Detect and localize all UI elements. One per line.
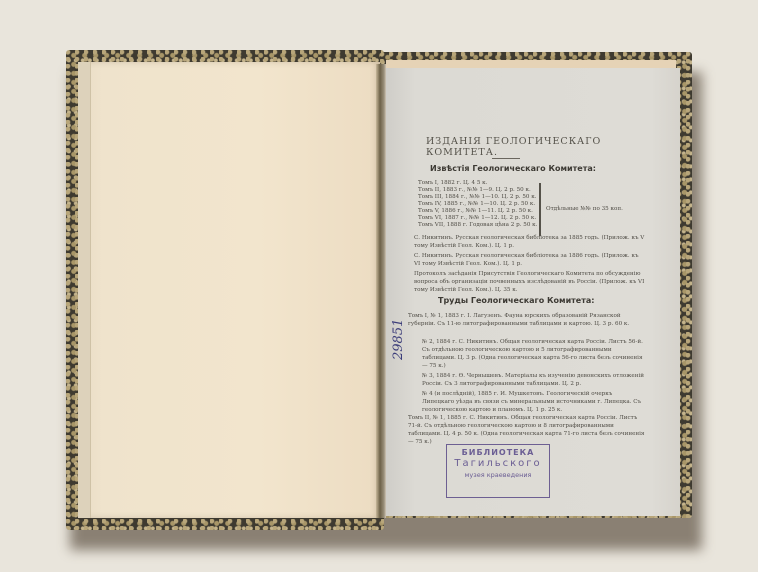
volumes-brace (539, 183, 541, 236)
volume-line: Томъ VI, 1887 г., №№ 1—12. Ц. 2 р. 50 к. (418, 215, 536, 222)
paragraph: С. Никитинъ. Русская геологическая библі… (414, 234, 646, 250)
trudy-entry: № 4 (и послѣдній), 1885 г. И. Мушкетовъ.… (422, 390, 646, 414)
volume-line: Томъ VII, 1888 г. Годовая цѣна 2 р. 50 к… (418, 222, 537, 229)
library-stamp: БИБЛИОТЕКА Тагильского музея краеведения (446, 444, 550, 498)
izvestia-heading: Извѣстія Геологическаго Комитета: (430, 164, 596, 173)
paragraph: С. Никитинъ. Русская геологическая библі… (414, 252, 646, 268)
volume-line: Томъ II, 1883 г., №№ 1—9. Ц. 2 р. 50 к. (418, 187, 531, 194)
stamp-line-2: Тагильского (447, 458, 549, 469)
left-page-blank (78, 62, 380, 518)
volume-line: Томъ I, 1882 г. Ц. 4 5 к. (418, 180, 487, 187)
right-page-top-edge (386, 60, 676, 68)
trudy-heading: Труды Геологическаго Комитета: (438, 296, 594, 305)
right-page: ИЗДАНІЯ ГЕОЛОГИЧЕСКАГО КОМИТЕТА. Извѣсті… (386, 68, 680, 516)
brace-note: Отдѣльные №№ по 35 коп. (546, 206, 623, 212)
handwritten-inventory-number: 29851 (391, 319, 406, 360)
trudy-entry: Томъ I, № 1, 1883 г. І. Лагузенъ. Фауна … (408, 312, 646, 328)
volume-line: Томъ V, 1886 г., №№ 1—11. Ц. 2 р. 50 к. (418, 208, 533, 215)
book-gutter (376, 64, 386, 518)
trudy-entry: Томъ II, № 1, 1885 г. С. Никитинъ. Общая… (408, 414, 646, 446)
page-title: ИЗДАНІЯ ГЕОЛОГИЧЕСКАГО КОМИТЕТА. (426, 136, 666, 158)
stamp-line-3: музея краеведения (447, 471, 549, 479)
volume-line: Томъ III, 1884 г., №№ 1—10. Ц. 2 р. 50 к… (418, 194, 537, 201)
trudy-entry: № 2, 1884 г. С. Никитинъ. Общая геологич… (422, 338, 646, 370)
volume-line: Томъ IV, 1885 г., №№ 1—10. Ц. 2 р. 50 к. (418, 201, 535, 208)
trudy-entry: № 3, 1884 г. Ѳ. Чернышевъ. Матеріалы къ … (422, 372, 646, 388)
title-rule (492, 158, 520, 159)
stamp-line-1: БИБЛИОТЕКА (447, 448, 549, 457)
left-page-edge (78, 62, 91, 518)
paragraph: Протоколъ засѣданія Присутствія Геологич… (414, 270, 646, 294)
